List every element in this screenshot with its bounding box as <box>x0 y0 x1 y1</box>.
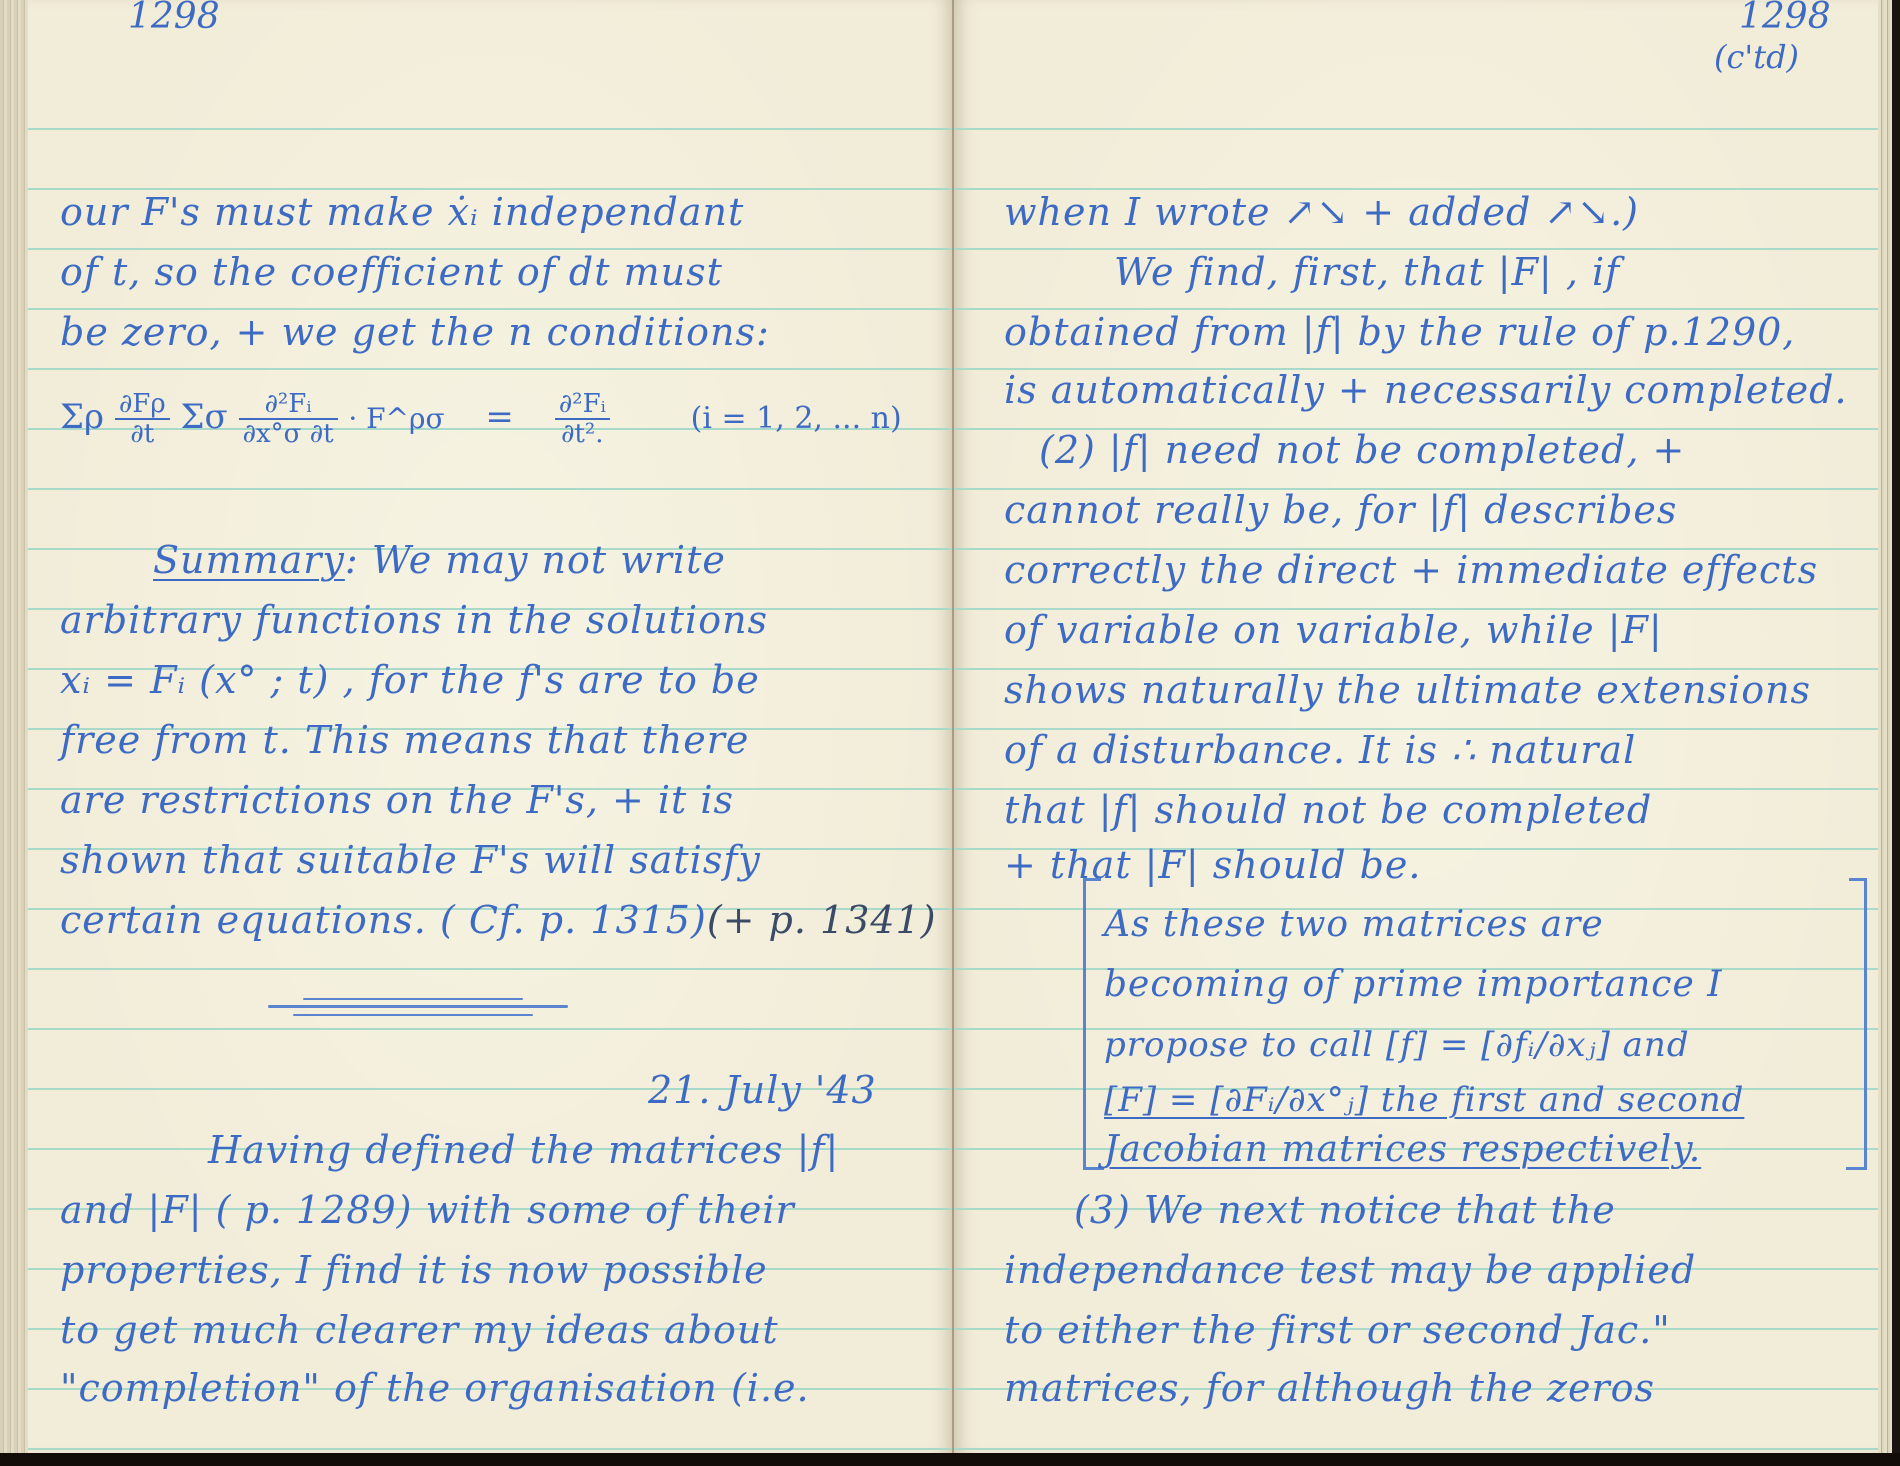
text-line: of variable on variable, while |F| <box>1004 610 1663 650</box>
page-stack-right-edge <box>1878 0 1892 1453</box>
equation: Σρ ∂Fρ ∂t Σσ ∂²Fᵢ ∂x°σ ∂t · F^ρσ = ∂²Fᵢ … <box>60 390 902 448</box>
page-number: 1298 <box>1739 0 1831 37</box>
text-line: obtained from |f| by the rule of p.1290, <box>1004 312 1795 352</box>
page-number: 1298 <box>128 0 220 37</box>
text-line: be zero, + we get the n conditions: <box>60 312 770 352</box>
equals-sign: = <box>485 397 514 437</box>
text-line: to either the first or second Jac." <box>1004 1310 1671 1350</box>
text-line: properties, I find it is now possible <box>60 1250 768 1290</box>
fraction-dF-dt: ∂Fρ ∂t <box>115 390 170 448</box>
boxed-note-line: [F] = [∂Fᵢ/∂x°ⱼ] the first and second <box>1104 1080 1744 1120</box>
fraction-d2F-dxdt: ∂²Fᵢ ∂x°σ ∂t <box>239 390 338 448</box>
text-line: when I wrote ↗↘ + added ↗↘.) <box>1004 192 1639 232</box>
text-line: cannot really be, for |f| describes <box>1004 490 1677 530</box>
text-line: of a disturbance. It is ∴ natural <box>1004 730 1636 770</box>
text-line: shown that suitable F's will satisfy <box>60 840 761 880</box>
text-line: that |f| should not be completed <box>1004 790 1652 830</box>
boxed-note-line: becoming of prime importance I <box>1104 965 1722 1005</box>
factor-F-rho-sigma: · F^ρσ <box>348 402 444 435</box>
text-line: arbitrary functions in the solutions <box>60 600 768 640</box>
notebook-spread: 1298 our F's must make ẋᵢ independant of… <box>0 0 1892 1453</box>
text-line: matrices, for although the zeros <box>1004 1368 1655 1408</box>
boxed-note-line: propose to call [f] = [∂fᵢ/∂xⱼ] and <box>1104 1025 1690 1065</box>
boxed-note-line: As these two matrices are <box>1104 905 1604 945</box>
section-divider <box>293 1014 533 1016</box>
right-page: 1298 (c'td) when I wrote ↗↘ + added ↗↘.)… <box>954 0 1878 1453</box>
summary-line: Summary: We may not write <box>153 540 726 580</box>
sum-rho: Σρ <box>60 397 104 437</box>
text-line: xᵢ = Fᵢ (x° ; t) , for the f's are to be <box>60 660 760 700</box>
left-page: 1298 our F's must make ẋᵢ independant of… <box>28 0 953 1453</box>
binding-bottom-edge <box>0 1453 1900 1466</box>
text-line: and |F| ( p. 1289) with some of their <box>60 1190 795 1230</box>
boxed-note-line: Jacobian matrices respectively. <box>1104 1130 1701 1170</box>
text-line: to get much clearer my ideas about <box>60 1310 779 1350</box>
page-stack-left-edge <box>0 0 28 1453</box>
text-line: independance test may be applied <box>1004 1250 1696 1290</box>
section-divider <box>268 1005 568 1008</box>
text-line: Having defined the matrices |f| <box>208 1130 839 1170</box>
sum-sigma: Σσ <box>180 397 227 437</box>
text-line: (3) We next notice that the <box>1074 1190 1616 1230</box>
text-line: correctly the direct + immediate effects <box>1004 550 1818 590</box>
text-line: (2) |f| need not be completed, + <box>1039 430 1685 470</box>
text-line: certain equations. ( Cf. p. 1315)(+ p. 1… <box>60 900 937 940</box>
section-divider <box>303 998 523 1000</box>
text-line: free from t. This means that there <box>60 720 749 760</box>
text-line: our F's must make ẋᵢ independant <box>60 192 744 232</box>
text-line: "completion" of the organisation (i.e. <box>60 1368 810 1408</box>
index-range: (i = 1, 2, ... n) <box>691 401 902 436</box>
entry-date: 21. July '43 <box>648 1070 877 1110</box>
text-line: We find, first, that |F| , if <box>1114 252 1620 292</box>
summary-heading: Summary <box>153 538 345 582</box>
text-line: is automatically + necessarily completed… <box>1004 370 1848 410</box>
text-line: are restrictions on the F's, + it is <box>60 780 734 820</box>
added-cross-reference: (+ p. 1341) <box>707 898 937 942</box>
fraction-d2F-dt2: ∂²Fᵢ ∂t². <box>555 390 610 448</box>
continued-label: (c'td) <box>1714 38 1799 76</box>
text-line: of t, so the coefficient of dt must <box>60 252 723 292</box>
text-line: shows naturally the ultimate extensions <box>1004 670 1811 710</box>
